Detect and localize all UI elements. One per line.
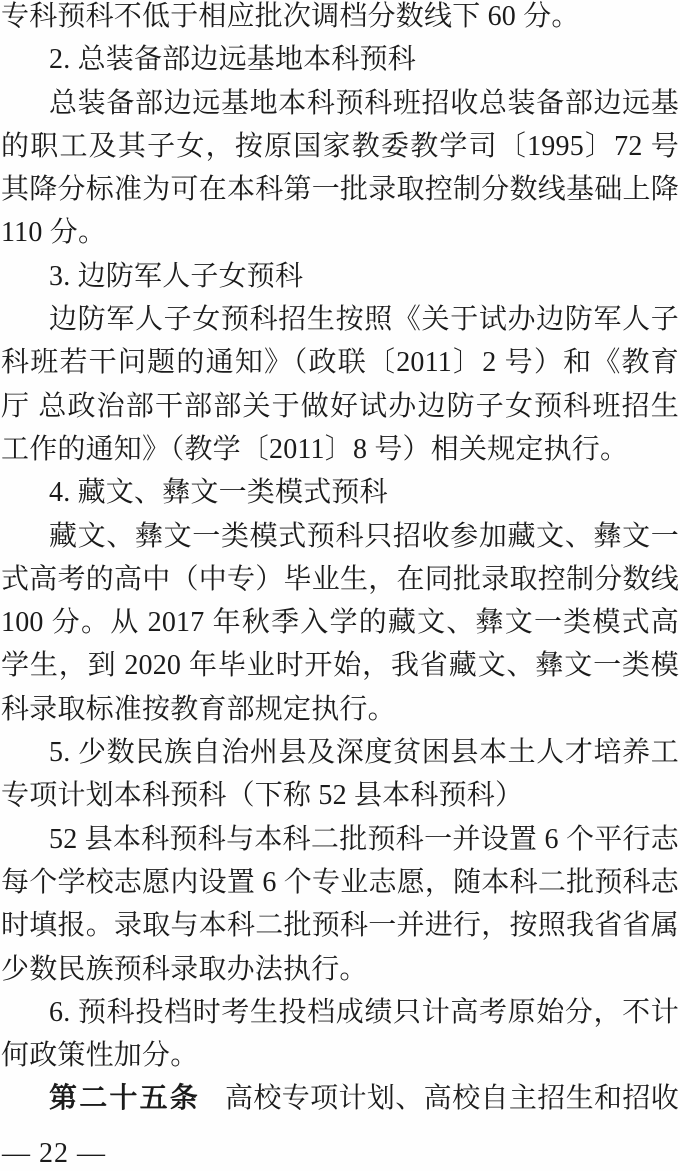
page-number: — 22 — <box>2 1138 106 1170</box>
article-25-heading: 第二十五条高校专项计划、高校自主招生和招收高水 <box>1 1077 679 1120</box>
article-number-label: 第二十五条 <box>49 1083 200 1114</box>
section-heading-4: 4. 藏文、彝文一类模式预科 <box>1 471 679 514</box>
document-body: 专科预科不低于相应批次调档分数线下 60 分。 2. 总装备部边远基地本科预科 … <box>1 0 679 1121</box>
text-line: 工作的通知》（教学〔2011〕8 号）相关规定执行。 <box>1 428 679 471</box>
text-line: 何政策性加分。 <box>1 1034 679 1077</box>
section-heading-3: 3. 边防军人子女预科 <box>1 255 679 298</box>
document-page: 专科预科不低于相应批次调档分数线下 60 分。 2. 总装备部边远基地本科预科 … <box>0 0 680 1171</box>
text-line: 110 分。 <box>1 211 679 254</box>
section-heading-5: 5. 少数民族自治州县及深度贫困县本土人才培养工程 <box>1 731 679 774</box>
text-line: 少数民族预科录取办法执行。 <box>1 948 679 991</box>
text-line: 52 县本科预科与本科二批预科一并设置 6 个平行志愿， <box>1 818 679 861</box>
text-line: 式高考的高中（中专）毕业生，在同批录取控制分数线下降 <box>1 558 679 601</box>
text-line: 藏文、彝文一类模式预科只招收参加藏文、彝文一类模 <box>1 515 679 558</box>
text-line: 100 分。从 2017 年秋季入学的藏文、彝文一类模式高一年级 <box>1 601 679 644</box>
text-line: 专项计划本科预科（下称 52 县本科预科） <box>1 774 679 817</box>
text-line: 专科预科不低于相应批次调档分数线下 60 分。 <box>1 0 679 38</box>
text-line: 总装备部边远基地本科预科班招收总装备部边远基地 <box>1 82 679 125</box>
text-line: 时填报。录取与本科二批预科一并进行，按照我省省属院校 <box>1 904 679 947</box>
text-line: 的职工及其子女，按原国家教委教学司〔1995〕72 号文规定， <box>1 125 679 168</box>
text-line: 边防军人子女预科招生按照《关于试办边防军人子女预 <box>1 298 679 341</box>
text-line: 科录取标准按教育部规定执行。 <box>1 688 679 731</box>
section-heading-2: 2. 总装备部边远基地本科预科 <box>1 38 679 81</box>
text-line: 科班若干问题的通知》（政联〔2011〕2 号）和《教育部办公 <box>1 341 679 384</box>
text-line: 厅 总政治部干部部关于做好试办边防子女预科班招生录取 <box>1 385 679 428</box>
text-line: 每个学校志愿内设置 6 个专业志愿，随本科二批预科志愿同 <box>1 861 679 904</box>
text-line: 6. 预科投档时考生投档成绩只计高考原始分，不计入任 <box>1 991 679 1034</box>
text-line: 其降分标准为可在本科第一批录取控制分数线基础上降低 <box>1 168 679 211</box>
text-line: 学生，到 2020 年毕业时开始，我省藏文、彝文一类模式预 <box>1 644 679 687</box>
